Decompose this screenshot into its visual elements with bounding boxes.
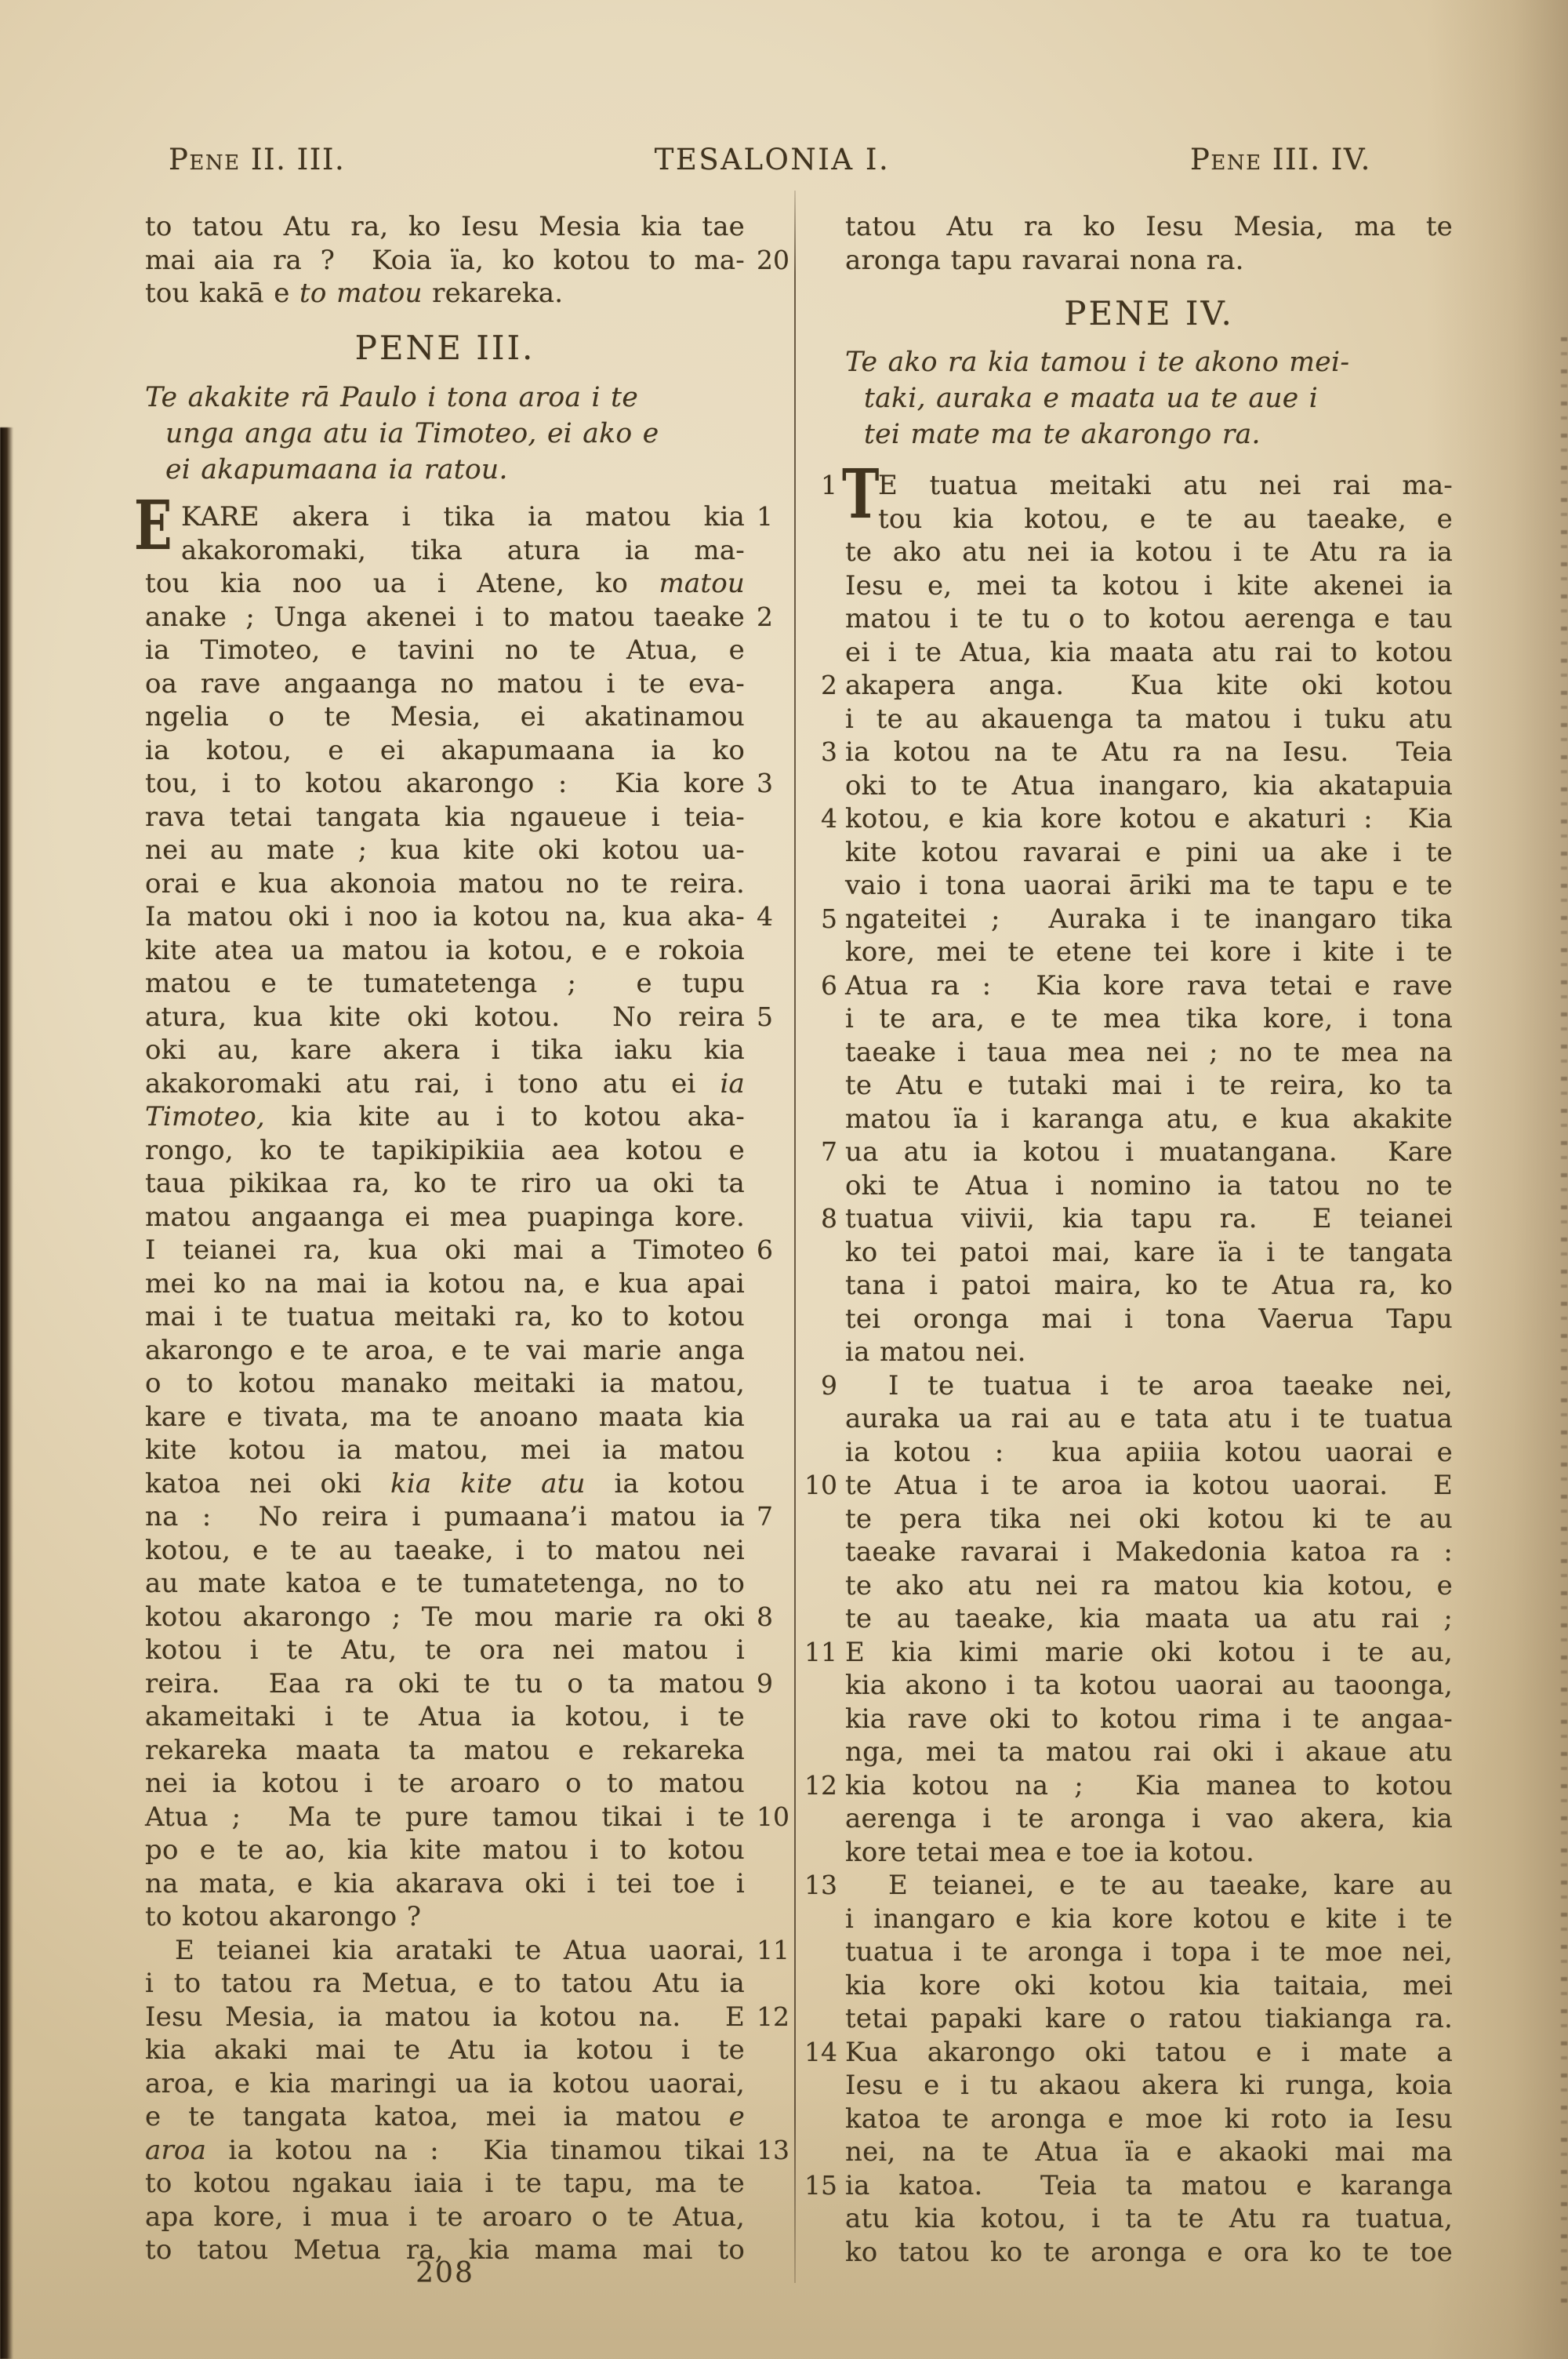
text-line: kotou, e te au taeake, i to matou nei [145,1534,745,1570]
text-line: atura, kua kite oki kotou. No reira5 [145,1001,745,1037]
text-line: kite kotou ia matou, mei ia matou [145,1434,745,1470]
text-line: ko tatou ko te aronga e ora ko te toe [845,2236,1453,2272]
text-line: ia Timoteo, e tavini no te Atua, e [145,634,745,670]
text-line: I te tuatua i te aroa taeake nei,9 [845,1369,1453,1405]
verse-number: 12 [797,1769,837,1802]
text-line: akakoromaki, tika atura ia ma- [145,534,745,570]
text-line: to kotou ngakau iaia i te tapu, ma te [145,2167,745,2203]
text-line: kia rave oki to kotou rima i te angaa- [845,1703,1453,1739]
verse-number: 1 [757,500,802,533]
verse-number: 2 [757,601,802,634]
chapter-intro-line: ei akapumaana ia ratou. [165,453,508,489]
text-line: orai e kua akonoia matou no te reira. [145,867,745,903]
text-line: na mata, e kia akarava oki i tei toe i [145,1867,745,1903]
text-line: vaio i tona uaorai āriki ma te tapu e te [845,869,1453,905]
verse-number: 3 [757,767,802,800]
text-line: tou kakā e to matou rekareka. [145,277,745,313]
text-line: kore tetai mea e toe ia kotou. [845,1836,1453,1872]
text-line: E tuatua meitaki atu nei rai ma-1 [845,469,1453,505]
text-line: atu kia kotou, i ta te Atu ra tuatua, [845,2202,1453,2238]
text-line: te ako atu nei ia kotou i te Atu ra ia [845,536,1453,572]
verse-number: 10 [757,1801,802,1834]
text-line: ko tei patoi mai, kare ïa i te tangata [845,1236,1453,1272]
text-line: te ako atu nei ra matou kia kotou, e [845,1569,1453,1605]
text-line: to kotou akarongo ? [145,1900,745,1936]
text-line: tetai papaki kare o ratou tiakianga ra. [845,2002,1453,2038]
page-edge-marks [1561,337,1567,2312]
text-line: kia kore oki kotou kia taitaia, mei [845,1969,1453,2005]
text-line: kotou i te Atu, te ora nei matou i [145,1634,745,1670]
text-line: tuatua i te aronga i topa i te moe nei, [845,1936,1453,1972]
verse-number: 6 [757,1234,802,1267]
text-line: Iesu e i tu akaou akera ki runga, koia [845,2069,1453,2105]
text-line: akapera anga. Kua kite oki kotou2 [845,669,1453,705]
verse-number: 9 [757,1667,802,1700]
text-line: te au taeake, kia maata ua atu rai ; [845,1602,1453,1638]
text-line: tei oronga mai i tona Vaerua Tapu [845,1303,1453,1339]
page-number: 208 [145,2257,745,2289]
text-line: i inangaro e kia kore kotou e kite i te [845,1903,1453,1939]
chapter-intro-line: unga anga atu ia Timoteo, ei ako e [165,417,659,453]
text-line: kia kotou na ; Kia manea to kotou12 [845,1769,1453,1805]
book-page: Pene II. III. TESALONIA I. Pene III. IV.… [0,0,1568,2359]
text-line: reira. Eaa ra oki te tu o ta matou9 [145,1667,745,1703]
text-line: o to kotou manako meitaki ia matou, [145,1367,745,1403]
text-line: oki to te Atua inangaro, kia akatapuia [845,769,1453,805]
text-line: nei au mate ; kua kite oki kotou ua- [145,834,745,870]
verse-number: 5 [797,903,837,936]
text-line: nei, na te Atua ïa e akaoki mai ma [845,2135,1453,2172]
chapter-intro-line: tei mate ma te akarongo ra. [864,418,1261,454]
verse-number: 3 [797,736,837,769]
chapter-intro-line: taki, auraka e maata ua te aue i [864,382,1318,418]
text-line: katoa nei oki kia kite atu ia kotou [145,1467,745,1503]
verse-number: 9 [797,1369,837,1402]
verse-number: 1 [797,469,837,502]
text-line: tana i patoi maira, ko te Atua ra, ko [845,1269,1453,1305]
text-line: tou, i to kotou akarongo : Kia kore3 [145,767,745,803]
text-line: matou ïa i karanga atu, e kua akakite [845,1103,1453,1139]
text-line: i te ara, e te mea tika kore, i tona [845,1002,1453,1038]
verse-number: 7 [757,1500,802,1533]
text-line: ua atu ia kotou i muatangana. Kare7 [845,1136,1453,1172]
chapter-intro-line: Te ako ra kia tamou i te akono mei- [845,346,1349,382]
text-line: E teianei, e te au taeake, kare au13 [845,1869,1453,1905]
text-line: aerenga i te aronga i vao akera, kia [845,1802,1453,1838]
text-line: te Atua i te aroa ia kotou uaorai. E10 [845,1469,1453,1505]
text-line: au mate katoa e te tumatetenga, no to [145,1567,745,1603]
text-line: ia kotou : kua apiiia kotou uaorai e [845,1436,1453,1472]
text-line: te Atu e tutaki mai i te reira, ko ta [845,1069,1453,1105]
text-line: Ia matou oki i noo ia kotou na, kua aka-… [145,900,745,936]
text-line: mei ko na mai ia kotou na, e kua apai [145,1267,745,1303]
text-line: taeake ravarai i Makedonia katoa ra : [845,1536,1453,1572]
verse-number: 13 [757,2134,802,2167]
text-line: matou i te tu o to kotou aerenga e tau [845,602,1453,638]
text-line: tuatua viivii, kia tapu ra. E teianei8 [845,1202,1453,1238]
text-line: ia kotou, e ei akapumaana ia ko [145,734,745,770]
binding-shadow [0,427,13,2359]
text-line: Iesu Mesia, ia matou ia kotou na. E12 [145,2001,745,2037]
text-line: rekareka maata ta matou e rekareka [145,1734,745,1770]
verse-number: 2 [797,669,837,702]
text-line: ngelia o te Mesia, ei akatinamou [145,700,745,736]
verse-number: 6 [797,969,837,1002]
verse-number: 8 [757,1601,802,1634]
verse-number: 7 [797,1136,837,1169]
text-line: Atua ; Ma te pure tamou tikai i te10 [145,1801,745,1837]
text-line: po e te ao, kia kite matou i to kotou [145,1834,745,1870]
text-line: i to tatou ra Metua, e to tatou Atu ia [145,1967,745,2003]
text-line: kotou, e kia kore kotou e akaturi : Kia4 [845,802,1453,838]
verse-number: 5 [757,1001,802,1034]
verse-number: 8 [797,1202,837,1235]
text-line: rongo, ko te tapikipikiia aea kotou e [145,1134,745,1170]
verse-number: 12 [757,2001,802,2034]
text-line: i te au akauenga ta matou i tuku atu [845,703,1453,739]
text-line: KARE akera i tika ia matou kia1 [145,500,745,536]
text-line: E teianei kia arataki te Atua uaorai,11 [145,1934,745,1970]
text-line: matou e te tumatetenga ; e tupu [145,967,745,1003]
text-line: Atua ra : Kia kore rava tetai e rave6 [845,969,1453,1005]
text-line: aroa, e kia maringi ua ia kotou uaorai, [145,2067,745,2103]
text-column-left: to tatou Atu ra, ko Iesu Mesia kia taema… [145,0,745,2359]
text-line: te pera tika nei oki kotou ki te au [845,1503,1453,1539]
text-line: tou kia kotou, e te au taeake, e [845,503,1453,539]
text-line: taua pikikaa ra, ko te riro ua oki ta [145,1167,745,1203]
text-line: kia akaki mai te Atu ia kotou i te [145,2034,745,2070]
text-line: nei ia kotou i te aroaro o to matou [145,1767,745,1803]
text-line: ia kotou na te Atu ra na Iesu. Teia3 [845,736,1453,772]
text-line: I teianei ra, kua oki mai a Timoteo6 [145,1234,745,1270]
text-line: na : No reira i pumaana’i matou ia7 [145,1500,745,1536]
text-line: ngateitei ; Auraka i te inangaro tika5 [845,903,1453,939]
verse-number: 15 [797,2169,837,2202]
text-line: ei i te Atua, kia maata atu rai to kotou [845,636,1453,672]
verse-number: 11 [797,1636,837,1669]
text-line: tou kia noo ua i Atene, ko matou [145,567,745,603]
text-line: oki te Atua i nomino ia tatou no te [845,1169,1453,1205]
verse-number: 10 [797,1469,837,1502]
chapter-intro-line: Te akakite rā Paulo i tona aroa i te [145,381,638,417]
text-line: Timoteo, kia kite au i to kotou aka- [145,1100,745,1136]
text-line: akarongo e te aroa, e te vai marie anga [145,1334,745,1370]
text-line: apa kore, i mua i te aroaro o te Atua, [145,2201,745,2237]
text-line: katoa te aronga e moe ki roto ia Iesu [845,2103,1453,2139]
text-line: kite kotou ravarai e pini ua ake i te [845,836,1453,872]
text-line: anake ; Unga akenei i to matou taeake2 [145,601,745,637]
text-line: ia matou nei. [845,1336,1453,1372]
verse-number: 4 [757,900,802,933]
text-line: nga, mei ta matou rai oki i akaue atu [845,1736,1453,1772]
text-line: kotou akarongo ; Te mou marie ra oki8 [145,1601,745,1637]
text-line: oki au, kare akera i tika iaku kia [145,1034,745,1070]
text-line: kare e tivata, ma te anoano maata kia [145,1401,745,1437]
verse-number: 20 [757,244,802,277]
verse-number: 14 [797,2036,837,2069]
text-line: kite atea ua matou ia kotou, e e rokoia [145,934,745,970]
text-column-right: tatou Atu ra ko Iesu Mesia, ma tearonga … [845,0,1453,2359]
text-line: akameitaki i te Atua ia kotou, i te [145,1700,745,1736]
text-line: taeake i taua mea nei ; no te mea na [845,1036,1453,1072]
verse-number: 11 [757,1934,802,1967]
text-line: mai i te tuatua meitaki ra, ko to kotou [145,1300,745,1336]
text-line: rava tetai tangata kia ngaueue i teia- [145,801,745,837]
text-line: ia katoa. Teia ta matou e karanga15 [845,2169,1453,2205]
text-line: e te tangata katoa, mei ia matou e [145,2100,745,2136]
verse-number: 13 [797,1869,837,1902]
text-line: aroa ia kotou na : Kia tinamou tikai13 [145,2134,745,2170]
text-line: oa rave angaanga no matou i te eva- [145,667,745,703]
text-line: aronga tapu ravarai nona ra. [845,244,1453,280]
text-line: E kia kimi marie oki kotou i te au,11 [845,1636,1453,1672]
text-line: kia akono i ta kotou uaorai au taoonga, [845,1669,1453,1705]
text-line: to tatou Atu ra, ko Iesu Mesia kia tae [145,210,745,246]
verse-number: 4 [797,802,837,835]
text-line: Iesu e, mei ta kotou i kite akenei ia [845,569,1453,605]
text-line: kore, mei te etene tei kore i kite i te [845,936,1453,972]
text-line: mai aia ra ? Koia ïa, ko kotou to ma-20 [145,244,745,280]
text-line: matou angaanga ei mea puapinga kore. [145,1201,745,1237]
text-line: Kua akarongo oki tatou e i mate a14 [845,2036,1453,2072]
text-line: akakoromaki atu rai, i tono atu ei ia [145,1067,745,1103]
text-line: auraka ua rai au e tata atu i te tuatua [845,1402,1453,1438]
text-line: tatou Atu ra ko Iesu Mesia, ma te [845,210,1453,246]
